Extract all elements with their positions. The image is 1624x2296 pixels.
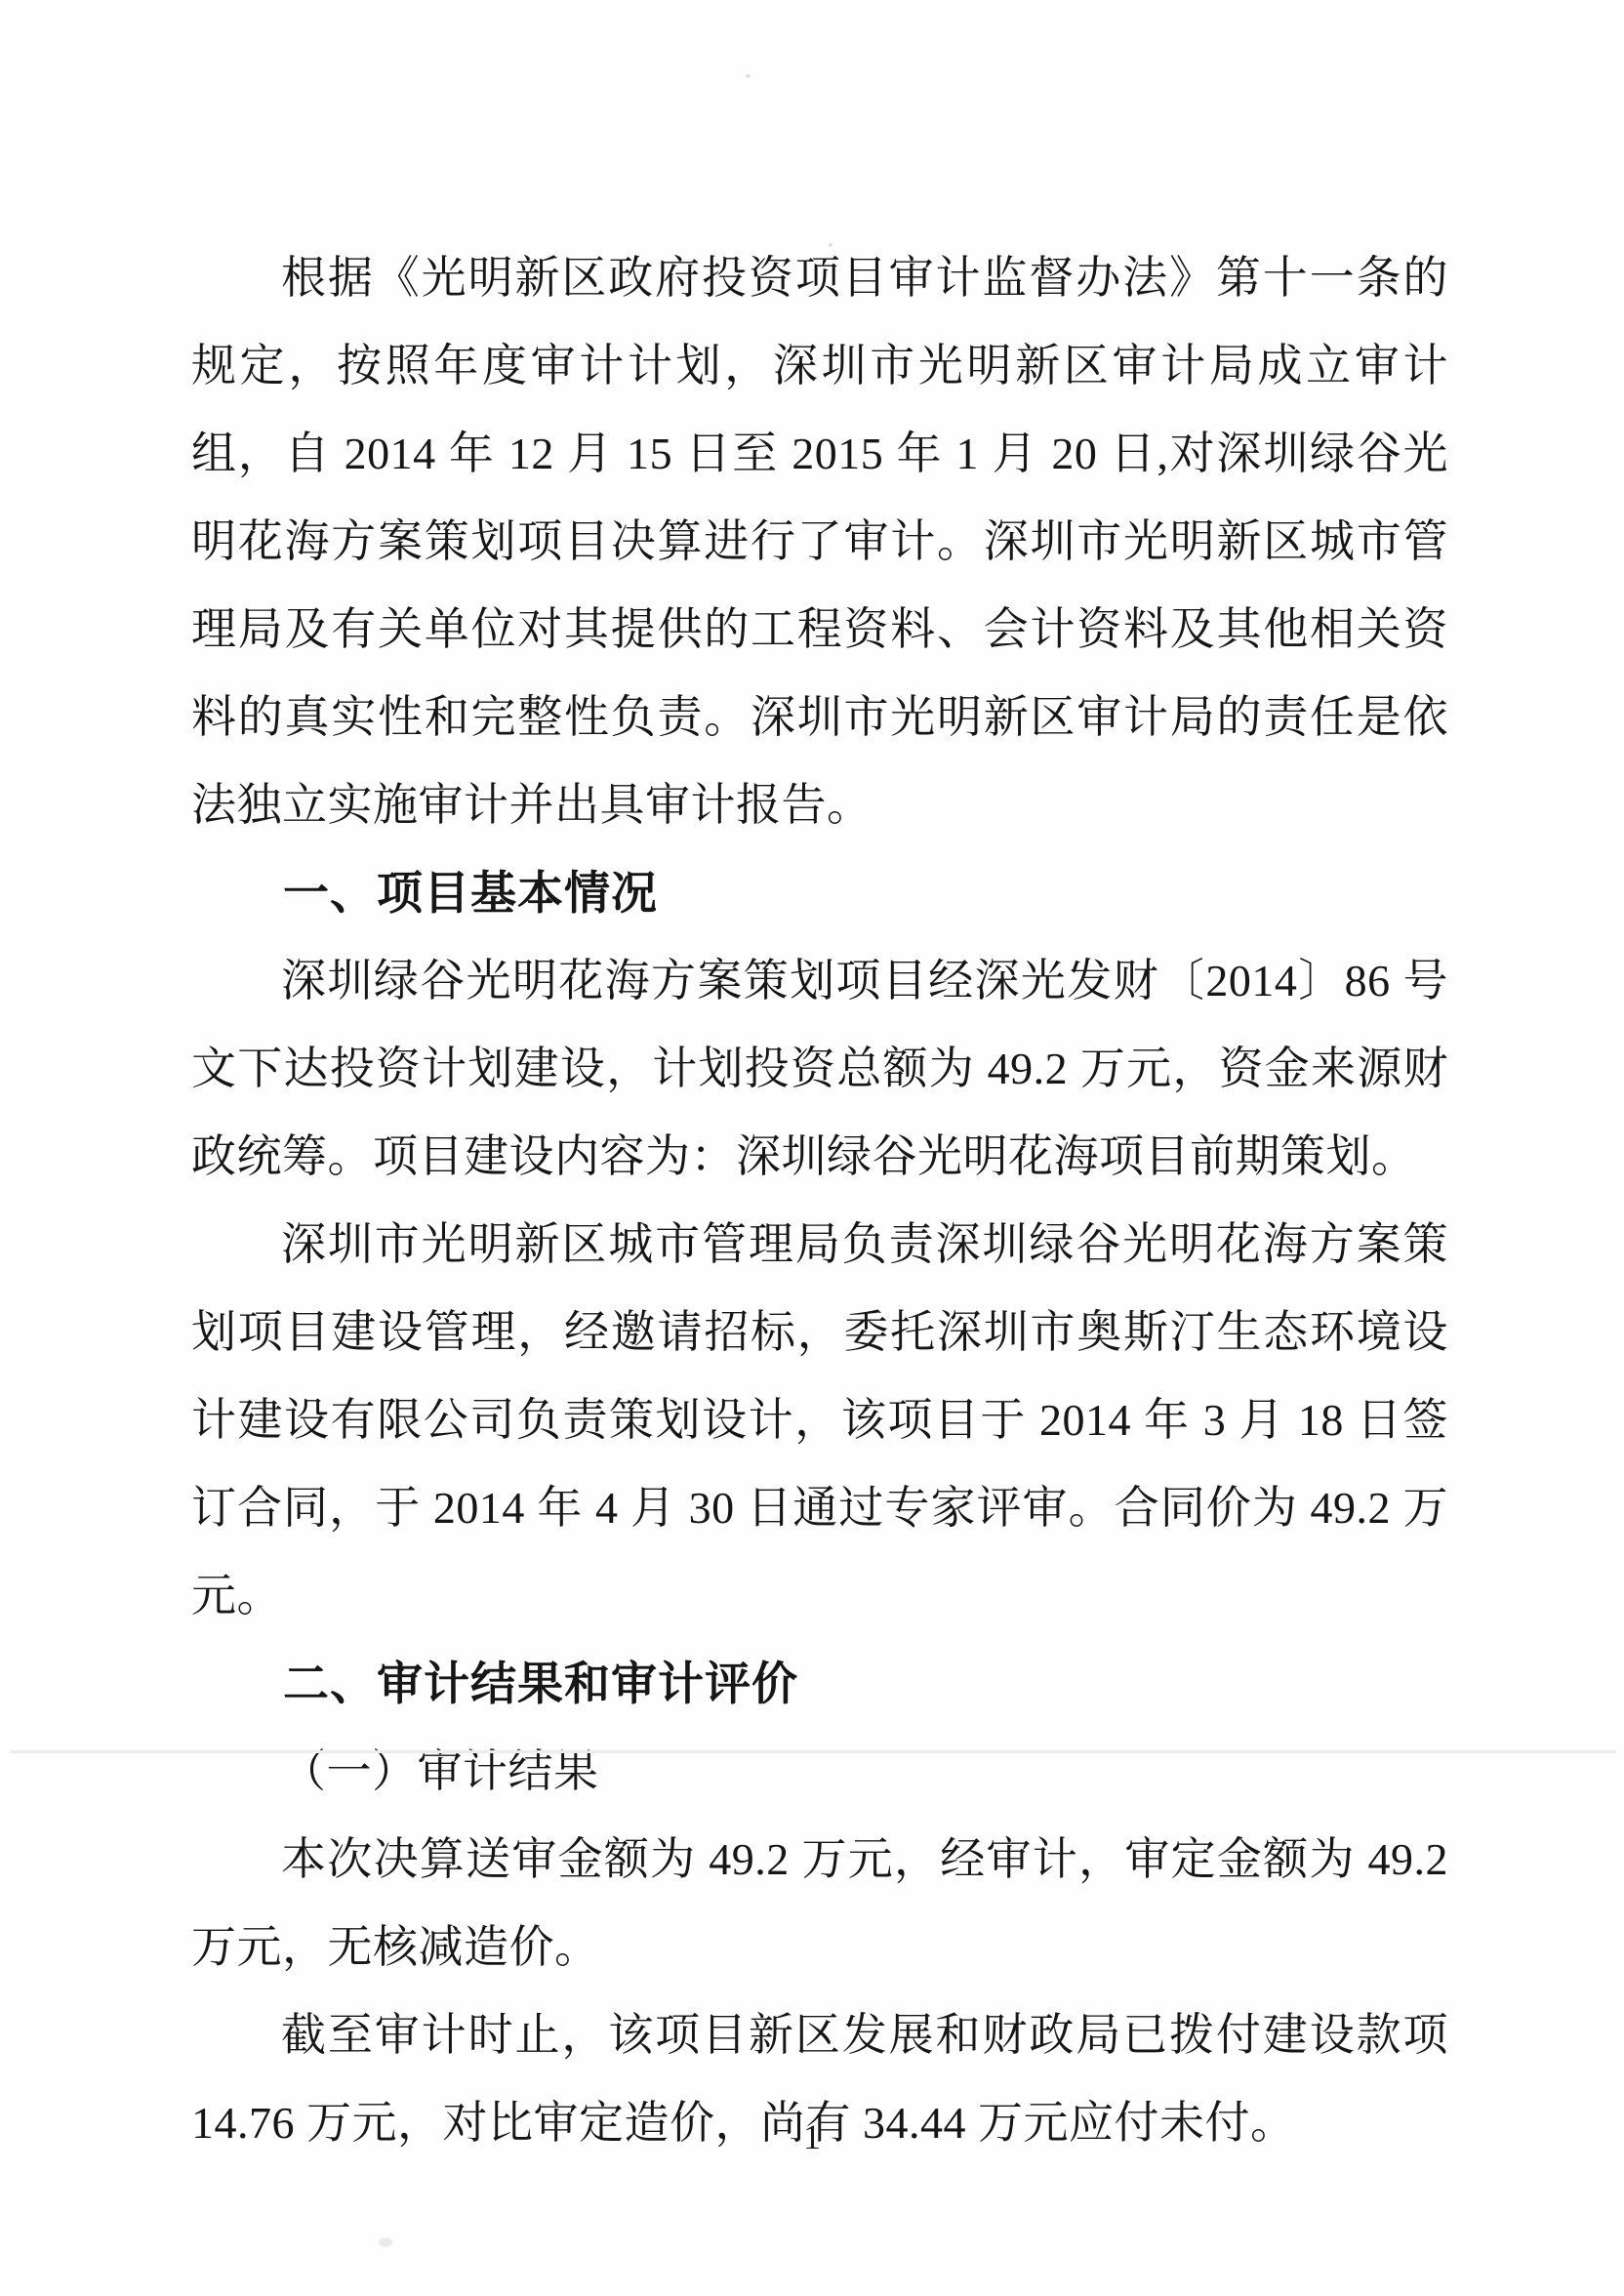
document-body: 根据《光明新区政府投资项目审计监督办法》第十一条的规定，按照年度审计计划，深圳市… bbox=[191, 234, 1448, 2167]
scanned-document-page: 根据《光明新区政府投资项目审计监督办法》第十一条的规定，按照年度审计计划，深圳市… bbox=[0, 0, 1624, 2296]
scan-artifact-speck bbox=[379, 2237, 392, 2247]
paragraph-audit-basis: 根据《光明新区政府投资项目审计监督办法》第十一条的规定，按照年度审计计划，深圳市… bbox=[191, 234, 1448, 849]
paragraph-contract-info: 深圳市光明新区城市管理局负责深圳绿谷光明花海方案策划项目建设管理，经邀请招标，委… bbox=[191, 1201, 1448, 1640]
page-number: 1 bbox=[0, 2116, 1624, 2157]
scan-artifact-speck bbox=[829, 243, 832, 247]
scan-artifact-line bbox=[10, 1750, 1616, 1753]
paragraph-audited-amount: 本次决算送审金额为 49.2 万元，经审计，审定金额为 49.2 万元，无核减造… bbox=[191, 1816, 1448, 1991]
paragraph-investment-plan: 深圳绿谷光明花海方案策划项目经深光发财〔2014〕86 号文下达投资计划建设，计… bbox=[191, 937, 1448, 1201]
section-heading-audit-results: 二、审计结果和审计评价 bbox=[191, 1640, 1448, 1728]
scan-artifact-speck bbox=[746, 74, 751, 78]
subsection-heading-audit-result: （一）审计结果 bbox=[191, 1728, 1448, 1816]
section-heading-project-overview: 一、项目基本情况 bbox=[191, 849, 1448, 937]
